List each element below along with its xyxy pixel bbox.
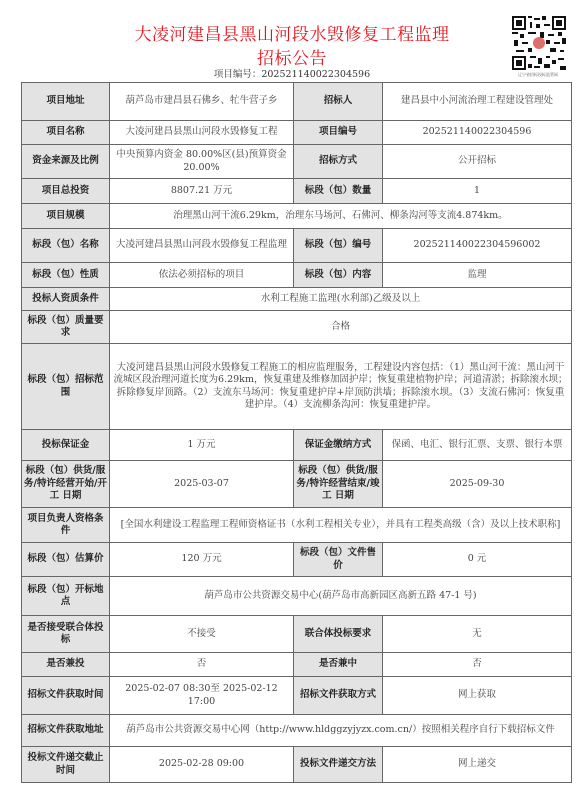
value-multi-win: 否 <box>383 653 572 677</box>
label-lot-content: 标段（包）内容 <box>294 263 383 288</box>
label-consortium-accepted: 是否接受联合体投标 <box>22 616 110 653</box>
table-row: 资金来源及比例 中央预算内资金 80.00%区(县)预算资金 20.00% 招标… <box>22 145 572 179</box>
table-row: 招标文件获取地址 葫芦岛市公共资源交易中心网（http://www.hldggz… <box>22 715 572 747</box>
value-consortium-requirement: 无 <box>383 616 572 653</box>
notice-title-line1: 大凌河建昌县黑山河段水毁修复工程监理 <box>0 20 584 45</box>
value-document-obtain-method: 网上获取 <box>383 677 572 715</box>
label-project-address: 项目地址 <box>22 83 110 121</box>
table-row: 标段（包）名称 大凌河建昌县黑山河段水毁修复工程监理 标段（包）编号 20252… <box>22 229 572 263</box>
value-consortium-accepted: 不接受 <box>110 616 294 653</box>
value-bid-opening-location: 葫芦岛市公共资源交易中心(葫芦岛市高新园区高新五路 47-1 号) <box>110 577 572 616</box>
label-document-obtain-method: 招标文件获取方式 <box>294 677 383 715</box>
project-number-caption: 项目编号：202521140022304596 <box>0 66 584 80</box>
tender-info-table: 项目地址 葫芦岛市建昌县石佛乡、牤牛营子乡 招标人 建昌县中小河流治理工程建设管… <box>21 82 572 783</box>
label-total-investment: 项目总投资 <box>22 179 110 204</box>
label-bid-bond: 投标保证金 <box>22 430 110 461</box>
value-document-price: 0 元 <box>383 543 572 577</box>
value-bond-payment-method: 保函、电汇、银行汇票、支票、银行本票 <box>383 430 572 461</box>
label-tenderer: 招标人 <box>294 83 383 121</box>
table-row: 项目规模 治理黑山河干流6.29km，治理东马场河、石佛河、柳条沟河等支流4.8… <box>22 204 572 229</box>
value-lot-nature: 依法必须招标的项目 <box>110 263 294 288</box>
table-row: 项目名称 大凌河建昌县黑山河段水毁修复工程 项目编号 2025211400223… <box>22 121 572 145</box>
table-row: 是否兼投 否 是否兼中 否 <box>22 653 572 677</box>
qr-code-icon <box>512 16 566 70</box>
label-lot-name: 标段（包）名称 <box>22 229 110 263</box>
value-manager-qualification: [全国水利建设工程监理工程师资格证书（水利工程相关专业），并具有工程类高级（含）… <box>110 508 572 543</box>
label-estimated-price: 标段（包）估算价 <box>22 543 110 577</box>
value-quality-requirement: 合格 <box>110 311 572 344</box>
table-row: 标段（包）开标地点 葫芦岛市公共资源交易中心(葫芦岛市高新园区高新五路 47-1… <box>22 577 572 616</box>
qr-caption: 辽宁省招标投标监管网 <box>506 72 570 78</box>
value-bid-bond: 1 万元 <box>110 430 294 461</box>
label-lot-count: 标段（包）数量 <box>294 179 383 204</box>
table-row: 项目负责人资格条件 [全国水利建设工程监理工程师资格证书（水利工程相关专业），并… <box>22 508 572 543</box>
label-submission-method: 投标文件递交方法 <box>294 747 383 783</box>
table-row: 标段（包）估算价 120 万元 标段（包）文件售价 0 元 <box>22 543 572 577</box>
label-submission-deadline: 投标文件递交截止时间 <box>22 747 110 783</box>
value-estimated-price: 120 万元 <box>110 543 294 577</box>
value-end-date: 2025-09-30 <box>383 461 572 508</box>
table-row: 投标人资质条件 水利工程施工监理(水利部)乙级及以上 <box>22 288 572 311</box>
label-bid-opening-location: 标段（包）开标地点 <box>22 577 110 616</box>
label-document-obtain-address: 招标文件获取地址 <box>22 715 110 747</box>
label-lot-number: 标段（包）编号 <box>294 229 383 263</box>
table-row: 标段（包）性质 依法必须招标的项目 标段（包）内容 监理 <box>22 263 572 288</box>
value-lot-number: 202521140022304596002 <box>383 229 572 263</box>
value-funding-source: 中央预算内资金 80.00%区(县)预算资金 20.00% <box>110 145 294 179</box>
value-project-name: 大凌河建昌县黑山河段水毁修复工程 <box>110 121 294 145</box>
label-start-date: 标段（包）供货/服务/特许经营开始/开工 日期 <box>22 461 110 508</box>
label-multi-win: 是否兼中 <box>294 653 383 677</box>
label-multi-bid: 是否兼投 <box>22 653 110 677</box>
label-bidder-qualification: 投标人资质条件 <box>22 288 110 311</box>
value-document-obtain-address[interactable]: 葫芦岛市公共资源交易中心网（http://www.hldggzyjyzx.com… <box>110 715 572 747</box>
label-funding-source: 资金来源及比例 <box>22 145 110 179</box>
value-project-scale: 治理黑山河干流6.29km，治理东马场河、石佛河、柳条沟河等支流4.874km。 <box>110 204 572 229</box>
label-project-name: 项目名称 <box>22 121 110 145</box>
value-multi-bid: 否 <box>110 653 294 677</box>
table-row: 投标保证金 1 万元 保证金缴纳方式 保函、电汇、银行汇票、支票、银行本票 <box>22 430 572 461</box>
label-consortium-requirement: 联合体投标要求 <box>294 616 383 653</box>
label-tender-scope: 标段（包）招标范围 <box>22 344 110 430</box>
value-start-date: 2025-03-07 <box>110 461 294 508</box>
table-row: 是否接受联合体投标 不接受 联合体投标要求 无 <box>22 616 572 653</box>
value-project-address: 葫芦岛市建昌县石佛乡、牤牛营子乡 <box>110 83 294 121</box>
value-tender-scope: 大凌河建昌县黑山河段水毁修复工程施工的相应监理服务，工程建设内容包括：（1）黑山… <box>110 344 572 430</box>
value-lot-content: 监理 <box>383 263 572 288</box>
table-row: 标段（包）招标范围 大凌河建昌县黑山河段水毁修复工程施工的相应监理服务，工程建设… <box>22 344 572 430</box>
value-tenderer: 建昌县中小河流治理工程建设管理处 <box>383 83 572 121</box>
table-row: 标段（包）供货/服务/特许经营开始/开工 日期 2025-03-07 标段（包）… <box>22 461 572 508</box>
label-project-scale: 项目规模 <box>22 204 110 229</box>
label-tender-method: 招标方式 <box>294 145 383 179</box>
table-row: 项目总投资 8807.21 万元 标段（包）数量 1 <box>22 179 572 204</box>
label-document-obtain-time: 招标文件获取时间 <box>22 677 110 715</box>
value-tender-method: 公开招标 <box>383 145 572 179</box>
table-row: 标段（包）质量要求 合格 <box>22 311 572 344</box>
value-submission-deadline: 2025-02-28 09:00 <box>110 747 294 783</box>
value-submission-method: 网上递交 <box>383 747 572 783</box>
label-bond-payment-method: 保证金缴纳方式 <box>294 430 383 461</box>
label-document-price: 标段（包）文件售价 <box>294 543 383 577</box>
value-total-investment: 8807.21 万元 <box>110 179 294 204</box>
table-row: 项目地址 葫芦岛市建昌县石佛乡、牤牛营子乡 招标人 建昌县中小河流治理工程建设管… <box>22 83 572 121</box>
value-bidder-qualification: 水利工程施工监理(水利部)乙级及以上 <box>110 288 572 311</box>
value-lot-name: 大凌河建昌县黑山河段水毁修复工程监理 <box>110 229 294 263</box>
value-project-number: 202521140022304596 <box>383 121 572 145</box>
table-row: 投标文件递交截止时间 2025-02-28 09:00 投标文件递交方法 网上递… <box>22 747 572 783</box>
label-lot-nature: 标段（包）性质 <box>22 263 110 288</box>
label-manager-qualification: 项目负责人资格条件 <box>22 508 110 543</box>
value-document-obtain-time: 2025-02-07 08:30至 2025-02-12 17:00 <box>110 677 294 715</box>
label-end-date: 标段（包）供货/服务/特许经营结束/竣工 日期 <box>294 461 383 508</box>
value-lot-count: 1 <box>383 179 572 204</box>
label-project-number: 项目编号 <box>294 121 383 145</box>
table-row: 招标文件获取时间 2025-02-07 08:30至 2025-02-12 17… <box>22 677 572 715</box>
label-quality-requirement: 标段（包）质量要求 <box>22 311 110 344</box>
